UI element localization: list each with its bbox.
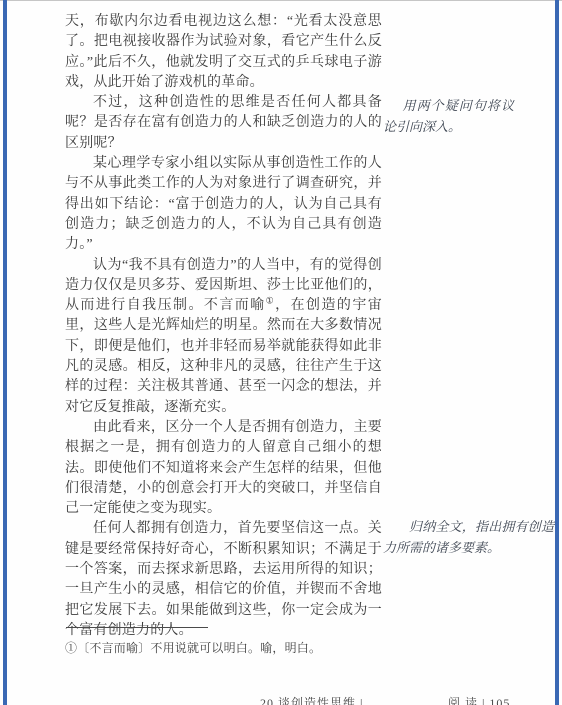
body-paragraph: 任何人都拥有创造力，首先要坚信这一点。关键是要经常保持好奇心，不断积累知识；不满… (65, 519, 382, 641)
footer-lesson-title: 20 谈创造性思维 | (260, 694, 363, 705)
body-paragraph-continuation: 天，布歇内尔边看电视边这么想：“光看太没意思了。把电视接收器作为试验对象，看它产… (65, 12, 382, 93)
right-border-rule (555, 0, 559, 705)
body-paragraph: 某心理学专家小组以实际从事创造性工作的人与不从事此类工作的人为对象进行了调查研究… (65, 154, 382, 255)
margin-annotation: 用两个疑问句将议论引向深入。 (383, 96, 514, 139)
footnote: ①〔不言而喻〕不用说就可以明白。喻，明白。 (65, 639, 387, 656)
body-paragraph: 认为“我不具有创造力”的人当中，有的觉得创造力仅仅是贝多芬、爱因斯坦、莎士比亚他… (65, 256, 382, 418)
footnote-reference-mark: ① (266, 296, 276, 306)
footnote-separator (66, 627, 208, 628)
textbook-page: 天，布歇内尔边看电视边这么想：“光看太没意思了。把电视接收器作为试验对象，看它产… (0, 0, 562, 705)
body-paragraph: 不过，这种创造性的思维是否任何人都具备呢？是否存在富有创造力的人和缺乏创造力的人… (65, 93, 382, 154)
footer-section-page-number: 阅 读 | 105 (448, 694, 510, 705)
paragraph-text: ，在创造的宇宙里，这些人是光辉灿烂的明星。然而在大多数情况下，即便是他们，也并非… (65, 298, 382, 414)
left-border-rule (3, 0, 7, 705)
margin-annotation: 归纳全文，指出拥有创造力所需的诸多要素。 (383, 517, 554, 560)
body-paragraph: 由此看来，区分一个人是否拥有创造力，主要根据之一是，拥有创造力的人留意自己细小的… (65, 418, 382, 519)
top-edge-rule (0, 0, 562, 1)
body-text-column: 天，布歇内尔边看电视边这么想：“光看太没意思了。把电视接收器作为试验对象，看它产… (65, 12, 382, 641)
